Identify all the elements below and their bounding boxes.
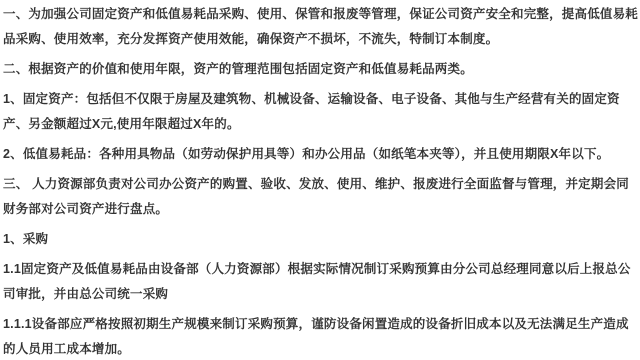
clause-1-1: 1.1固定资产及低值易耗品由设备部（人力资源部）根据实际情况制订采购预算由分公司… (3, 257, 638, 307)
document-body: 一、为加强公司固定资产和低值易耗品采购、使用、保管和报废等管理，保证公司资产安全… (0, 0, 640, 360)
item-fixed-assets: 1、固定资产：包括但不仅限于房屋及建筑物、机械设备、运输设备、电子设备、其他与生… (3, 87, 638, 137)
clause-2: 二、根据资产的价值和使用年限，资产的管理范围包括固定资产和低值易耗品两类。 (3, 57, 638, 82)
section-heading-procurement: 1、采购 (3, 227, 638, 252)
clause-1: 一、为加强公司固定资产和低值易耗品采购、使用、保管和报废等管理，保证公司资产安全… (3, 2, 638, 52)
clause-3: 三、 人力资源部负责对公司办公资产的购置、验收、发放、使用、维护、报废进行全面监… (3, 172, 638, 222)
item-low-value-consumables: 2、低值易耗品：各种用具物品（如劳动保护用具等）和办公用品（如纸笔本夹等），并且… (3, 142, 638, 167)
clause-1-1-1: 1.1.1设备部应严格按照初期生产规模来制订采购预算，谨防设备闲置造成的设备折旧… (3, 312, 638, 360)
